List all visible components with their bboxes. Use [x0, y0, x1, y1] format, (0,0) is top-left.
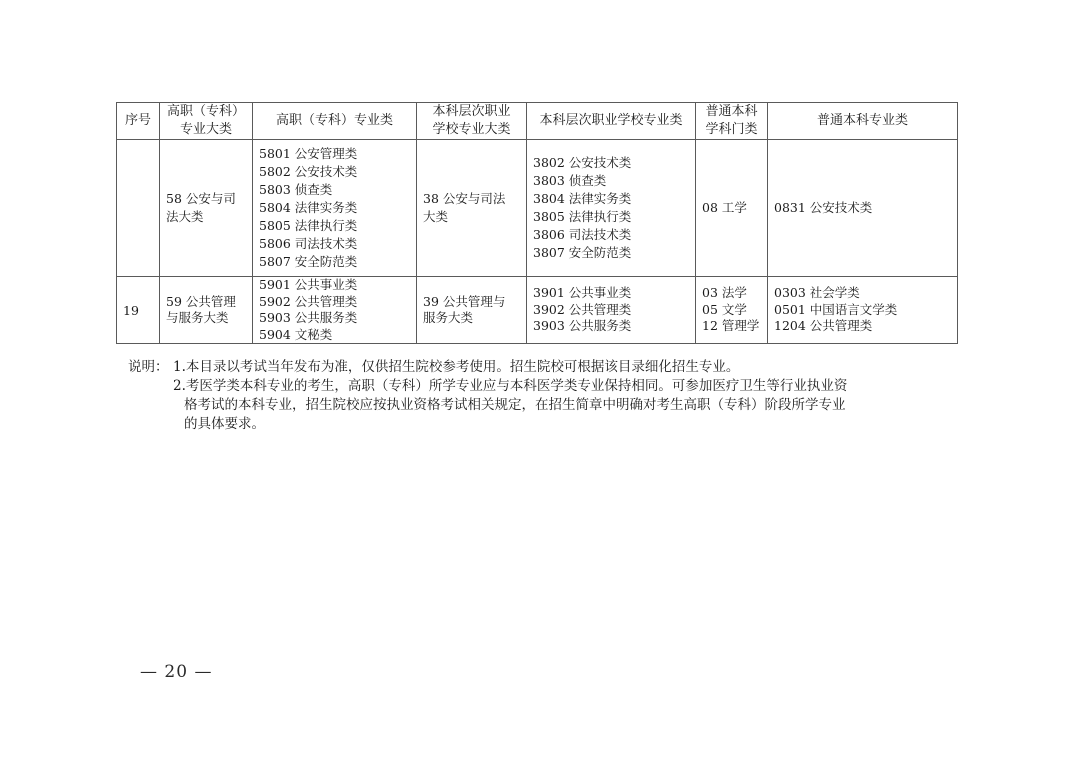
note-text: 1.本目录以考试当年发布为准，仅供招生院校参考使用。招生院校可根据该目录细化招生… — [173, 358, 958, 377]
cell-regular-undergrad-major-class: 0831 公安技术类 — [768, 140, 958, 277]
header-seq: 序号 — [117, 103, 160, 140]
cell-gaozhi-category: 58 公安与司 法大类 — [160, 140, 253, 277]
cell-vocational-undergrad-category: 38 公安与司法 大类 — [417, 140, 527, 277]
header-gaozhi-major-class: 高职（专科）专业类 — [253, 103, 417, 140]
note-item-2-continuation: 格考试的本科专业，招生院校应按执业资格考试相关规定，在招生简章中明确对考生高职（… — [128, 396, 958, 434]
page-number: — 20 — — [140, 662, 212, 682]
header-vocational-undergrad-category: 本科层次职业 学校专业大类 — [417, 103, 527, 140]
note-text: 格考试的本科专业，招生院校应按执业资格考试相关规定，在招生简章中明确对考生高职（… — [184, 396, 958, 415]
major-catalog-table: 序号 高职（专科） 专业大类 高职（专科）专业类 本科层次职业 学校专业大类 本… — [116, 102, 958, 344]
cell-regular-undergrad-discipline: 03 法学 05 文学 12 管理学 — [696, 277, 768, 344]
table-header-row: 序号 高职（专科） 专业大类 高职（专科）专业类 本科层次职业 学校专业大类 本… — [117, 103, 958, 140]
table-row: 19 59 公共管理 与服务大类 5901 公共事业类 5902 公共管理类 5… — [117, 277, 958, 344]
note-text: 2.考医学类本科专业的考生，高职（专科）所学专业应与本科医学类专业保持相同。可参… — [173, 377, 958, 396]
cell-regular-undergrad-discipline: 08 工学 — [696, 140, 768, 277]
cell-seq: 19 — [117, 277, 160, 344]
note-item-2: 2.考医学类本科专业的考生，高职（专科）所学专业应与本科医学类专业保持相同。可参… — [128, 377, 958, 396]
cell-vocational-undergrad-major-class: 3901 公共事业类 3902 公共管理类 3903 公共服务类 — [527, 277, 696, 344]
cell-regular-undergrad-major-class: 0303 社会学类 0501 中国语言文学类 1204 公共管理类 — [768, 277, 958, 344]
header-regular-undergrad-discipline: 普通本科 学科门类 — [696, 103, 768, 140]
cell-vocational-undergrad-category: 39 公共管理与 服务大类 — [417, 277, 527, 344]
header-regular-undergrad-major-class: 普通本科专业类 — [768, 103, 958, 140]
cell-gaozhi-major-class: 5801 公安管理类 5802 公安技术类 5803 侦查类 5804 法律实务… — [253, 140, 417, 277]
note-item-1: 说明： 1.本目录以考试当年发布为准，仅供招生院校参考使用。招生院校可根据该目录… — [128, 358, 958, 377]
table-row: 58 公安与司 法大类 5801 公安管理类 5802 公安技术类 5803 侦… — [117, 140, 958, 277]
cell-gaozhi-major-class: 5901 公共事业类 5902 公共管理类 5903 公共服务类 5904 文秘… — [253, 277, 417, 344]
notes-label: 说明： — [128, 358, 173, 377]
header-vocational-undergrad-major-class: 本科层次职业学校专业类 — [527, 103, 696, 140]
cell-gaozhi-category: 59 公共管理 与服务大类 — [160, 277, 253, 344]
note-text: 的具体要求。 — [184, 415, 958, 434]
cell-vocational-undergrad-major-class: 3802 公安技术类 3803 侦查类 3804 法律实务类 3805 法律执行… — [527, 140, 696, 277]
notes-section: 说明： 1.本目录以考试当年发布为准，仅供招生院校参考使用。招生院校可根据该目录… — [128, 358, 958, 434]
header-gaozhi-category: 高职（专科） 专业大类 — [160, 103, 253, 140]
document-page: 序号 高职（专科） 专业大类 高职（专科）专业类 本科层次职业 学校专业大类 本… — [0, 0, 1080, 764]
cell-seq — [117, 140, 160, 277]
